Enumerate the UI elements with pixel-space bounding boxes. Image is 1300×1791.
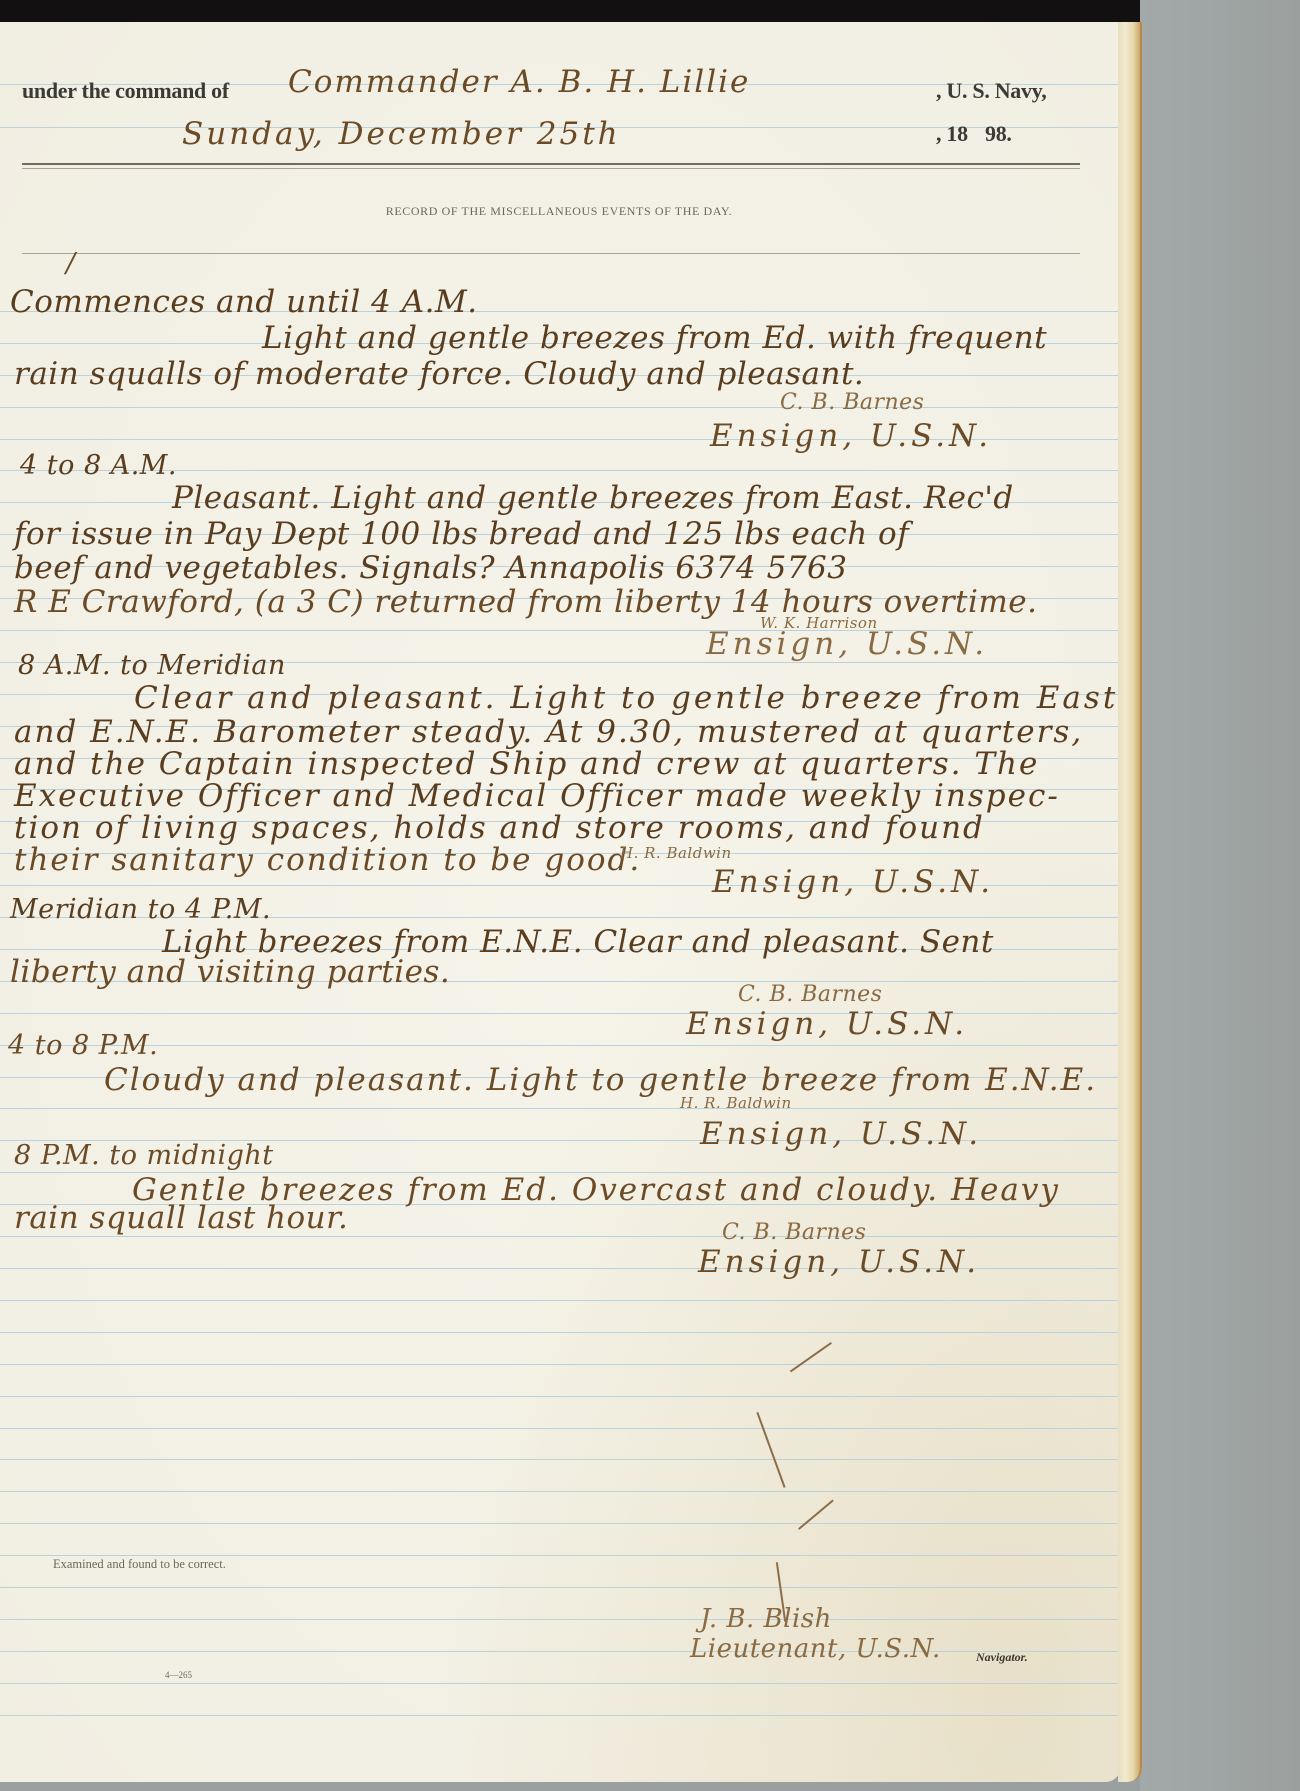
navy-label: , U. S. Navy, — [936, 78, 1046, 104]
year-digits: 98. — [985, 121, 1012, 147]
examined-label: Examined and found to be correct. — [53, 1557, 226, 1572]
officer-signature: C. B. Barnes — [780, 390, 924, 415]
section-caption: RECORD OF THE MISCELLANEOUS EVENTS OF TH… — [0, 204, 1118, 219]
officer-signature: C. B. Barnes — [738, 982, 882, 1007]
watch-period: Commences and until 4 A.M. — [10, 284, 478, 320]
ruled-line — [0, 1332, 1118, 1333]
watch-line: and the Captain inspected Ship and crew … — [14, 746, 1039, 782]
watch-period: 8 P.M. to midnight — [14, 1140, 274, 1171]
watch-line: Cloudy and pleasant. Light to gentle bre… — [104, 1062, 1097, 1098]
ruled-line — [0, 1236, 1118, 1237]
ruled-line — [0, 1587, 1118, 1588]
watch-line: rain squall last hour. — [14, 1200, 348, 1236]
pen-stroke — [756, 1412, 785, 1488]
officer-rank: Ensign, U.S.N. — [686, 1006, 968, 1042]
officer-signature: H. R. Baldwin — [680, 1094, 792, 1112]
watch-line: Pleasant. Light and gentle breezes from … — [172, 480, 1014, 516]
watch-line: for issue in Pay Dept 100 lbs bread and … — [14, 516, 909, 552]
officer-rank: Ensign, U.S.N. — [710, 418, 992, 454]
navigator-rank: Lieutenant, U.S.N. — [690, 1634, 941, 1664]
ruled-line — [0, 1300, 1118, 1301]
watch-line: tion of living spaces, holds and store r… — [14, 810, 985, 846]
ruled-line — [0, 407, 1118, 408]
log-page: under the command of Commander A. B. H. … — [0, 22, 1120, 1782]
commander-name: Commander A. B. H. Lillie — [288, 64, 750, 100]
stray-mark: / — [66, 248, 76, 279]
ruled-line — [0, 1619, 1118, 1620]
ruled-line — [0, 1523, 1118, 1524]
pen-stroke — [798, 1499, 833, 1529]
ruled-line — [0, 1045, 1118, 1046]
watch-line: Clear and pleasant. Light to gentle bree… — [134, 680, 1118, 716]
watch-line: R E Crawford, (a 3 C) returned from libe… — [14, 584, 1037, 620]
officer-rank: Ensign, U.S.N. — [712, 864, 994, 900]
scanner-backdrop — [1140, 0, 1300, 1791]
ruled-line — [0, 1396, 1118, 1397]
ruled-line — [0, 1555, 1118, 1556]
watch-line: Executive Officer and Medical Officer ma… — [14, 778, 1060, 814]
command-label: under the command of — [22, 78, 229, 104]
caption-rule — [22, 253, 1080, 254]
watch-line: their sanitary condition to be good. — [14, 842, 641, 878]
officer-rank: Ensign, U.S.N. — [706, 626, 988, 662]
watch-period: 4 to 8 A.M. — [20, 450, 177, 481]
form-number: 4—265 — [165, 1670, 192, 1680]
ruled-line — [0, 1364, 1118, 1365]
watch-line: and E.N.E. Barometer steady. At 9.30, mu… — [14, 714, 1083, 750]
officer-signature: H. R. Baldwin — [620, 844, 732, 862]
navigator-title: Navigator. — [976, 1650, 1028, 1665]
watch-period: 8 A.M. to Meridian — [18, 650, 286, 681]
officer-rank: Ensign, U.S.N. — [698, 1244, 980, 1280]
officer-rank: Ensign, U.S.N. — [700, 1116, 982, 1152]
watch-line: beef and vegetables. Signals? Annapolis … — [14, 550, 848, 586]
year-prefix: , 18 — [936, 121, 968, 147]
header-rule-thin — [22, 168, 1080, 169]
watch-line: rain squalls of moderate force. Cloudy a… — [14, 356, 864, 392]
ruled-line — [0, 1715, 1118, 1716]
navigator-signature: J. B. Blish — [700, 1604, 832, 1634]
ruled-line — [0, 1459, 1118, 1460]
watch-period: Meridian to 4 P.M. — [10, 894, 271, 925]
page-edge — [1118, 22, 1142, 1782]
ruled-line — [0, 1683, 1118, 1684]
ruled-line — [0, 1491, 1118, 1492]
header-rule — [22, 163, 1080, 165]
watch-line: Light and gentle breezes from Ed. with f… — [262, 320, 1047, 356]
ruled-line — [0, 1651, 1118, 1652]
top-shadow — [0, 0, 1300, 22]
pen-stroke — [790, 1342, 832, 1372]
watch-line: liberty and visiting parties. — [10, 954, 450, 990]
officer-signature: C. B. Barnes — [722, 1220, 866, 1245]
ruled-line — [0, 1428, 1118, 1429]
log-date: Sunday, December 25th — [182, 116, 621, 152]
watch-period: 4 to 8 P.M. — [8, 1030, 158, 1061]
ruled-line — [0, 1108, 1118, 1109]
